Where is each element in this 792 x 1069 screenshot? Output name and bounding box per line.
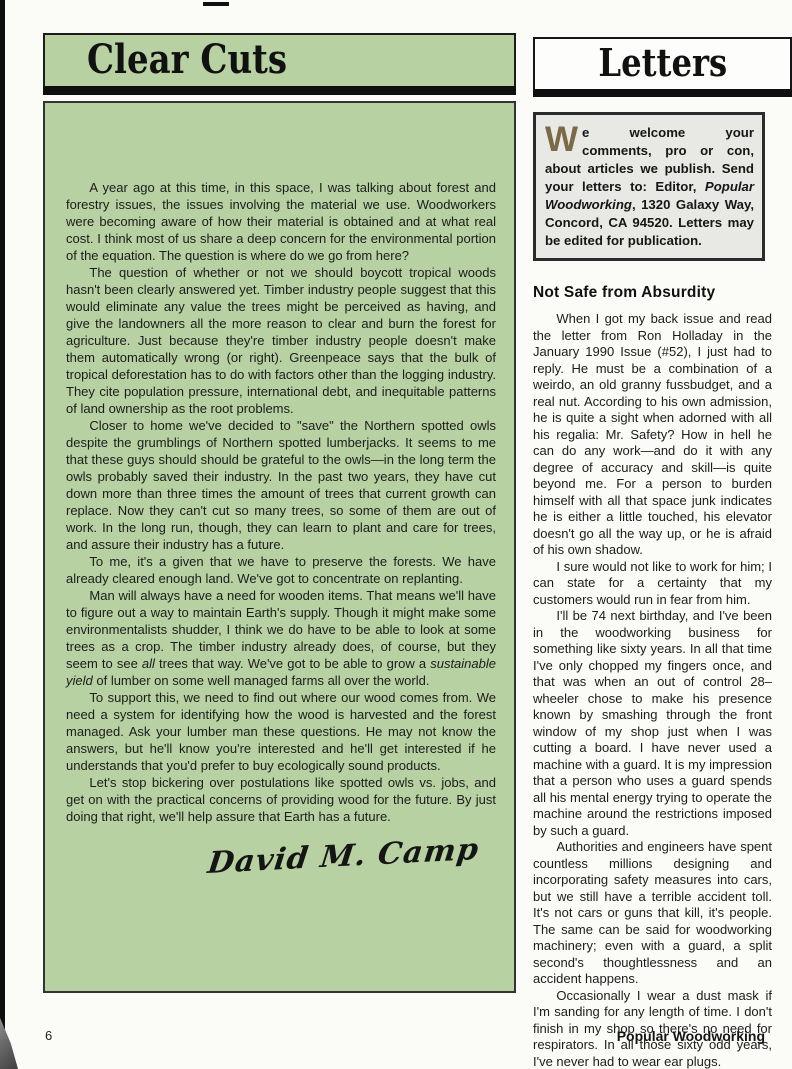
letters-welcome-box: We welcome your comments, pro or con, ab… [533, 112, 765, 261]
paragraph: To me, it's a given that we have to pres… [66, 553, 496, 587]
letters-welcome-text: We welcome your comments, pro or con, ab… [545, 124, 754, 250]
clear-cuts-title: Clear Cuts [87, 35, 287, 85]
paragraph: The question of whether or not we should… [66, 264, 496, 417]
clear-cuts-header-box: Clear Cuts [43, 33, 516, 86]
scan-edge-artifact [0, 0, 5, 1048]
editor-signature: David M. Camp [206, 832, 481, 881]
letters-title: Letters [598, 39, 727, 87]
drop-cap-w: W [545, 125, 578, 154]
paragraph: A year ago at this time, in this space, … [66, 179, 496, 264]
clear-cuts-body-box: A year ago at this time, in this space, … [43, 101, 516, 993]
paragraph: When I got my back issue and read the le… [533, 311, 772, 559]
page-number: 6 [45, 1028, 52, 1043]
signature-row: David M. Camp [66, 825, 496, 874]
scan-speck [203, 2, 229, 6]
letter-body: When I got my back issue and read the le… [533, 311, 772, 1069]
clear-cuts-column: Clear Cuts A year ago at this time, in t… [43, 33, 516, 993]
footer-brand: Popular Woodworking [617, 1028, 765, 1044]
clear-cuts-body: A year ago at this time, in this space, … [66, 179, 496, 825]
letter-heading: Not Safe from Absurdity [533, 284, 792, 302]
paragraph: Let's stop bickering over postulations l… [66, 774, 496, 825]
paragraph: Man will always have a need for wooden i… [66, 587, 496, 689]
letters-column: Letters We welcome your comments, pro or… [533, 37, 792, 1069]
letters-header-box: Letters [533, 37, 792, 89]
paragraph: To support this, we need to find out whe… [66, 689, 496, 774]
paragraph: I'll be 74 next birthday, and I've been … [533, 608, 772, 839]
paragraph: Authorities and engineers have spent cou… [533, 839, 772, 988]
magazine-page: Clear Cuts A year ago at this time, in t… [0, 0, 792, 1069]
clear-cuts-header-rule [43, 86, 516, 95]
paragraph: Closer to home we've decided to "save" t… [66, 417, 496, 553]
letters-header-rule [533, 89, 792, 97]
paragraph: I sure would not like to work for him; I… [533, 559, 772, 609]
